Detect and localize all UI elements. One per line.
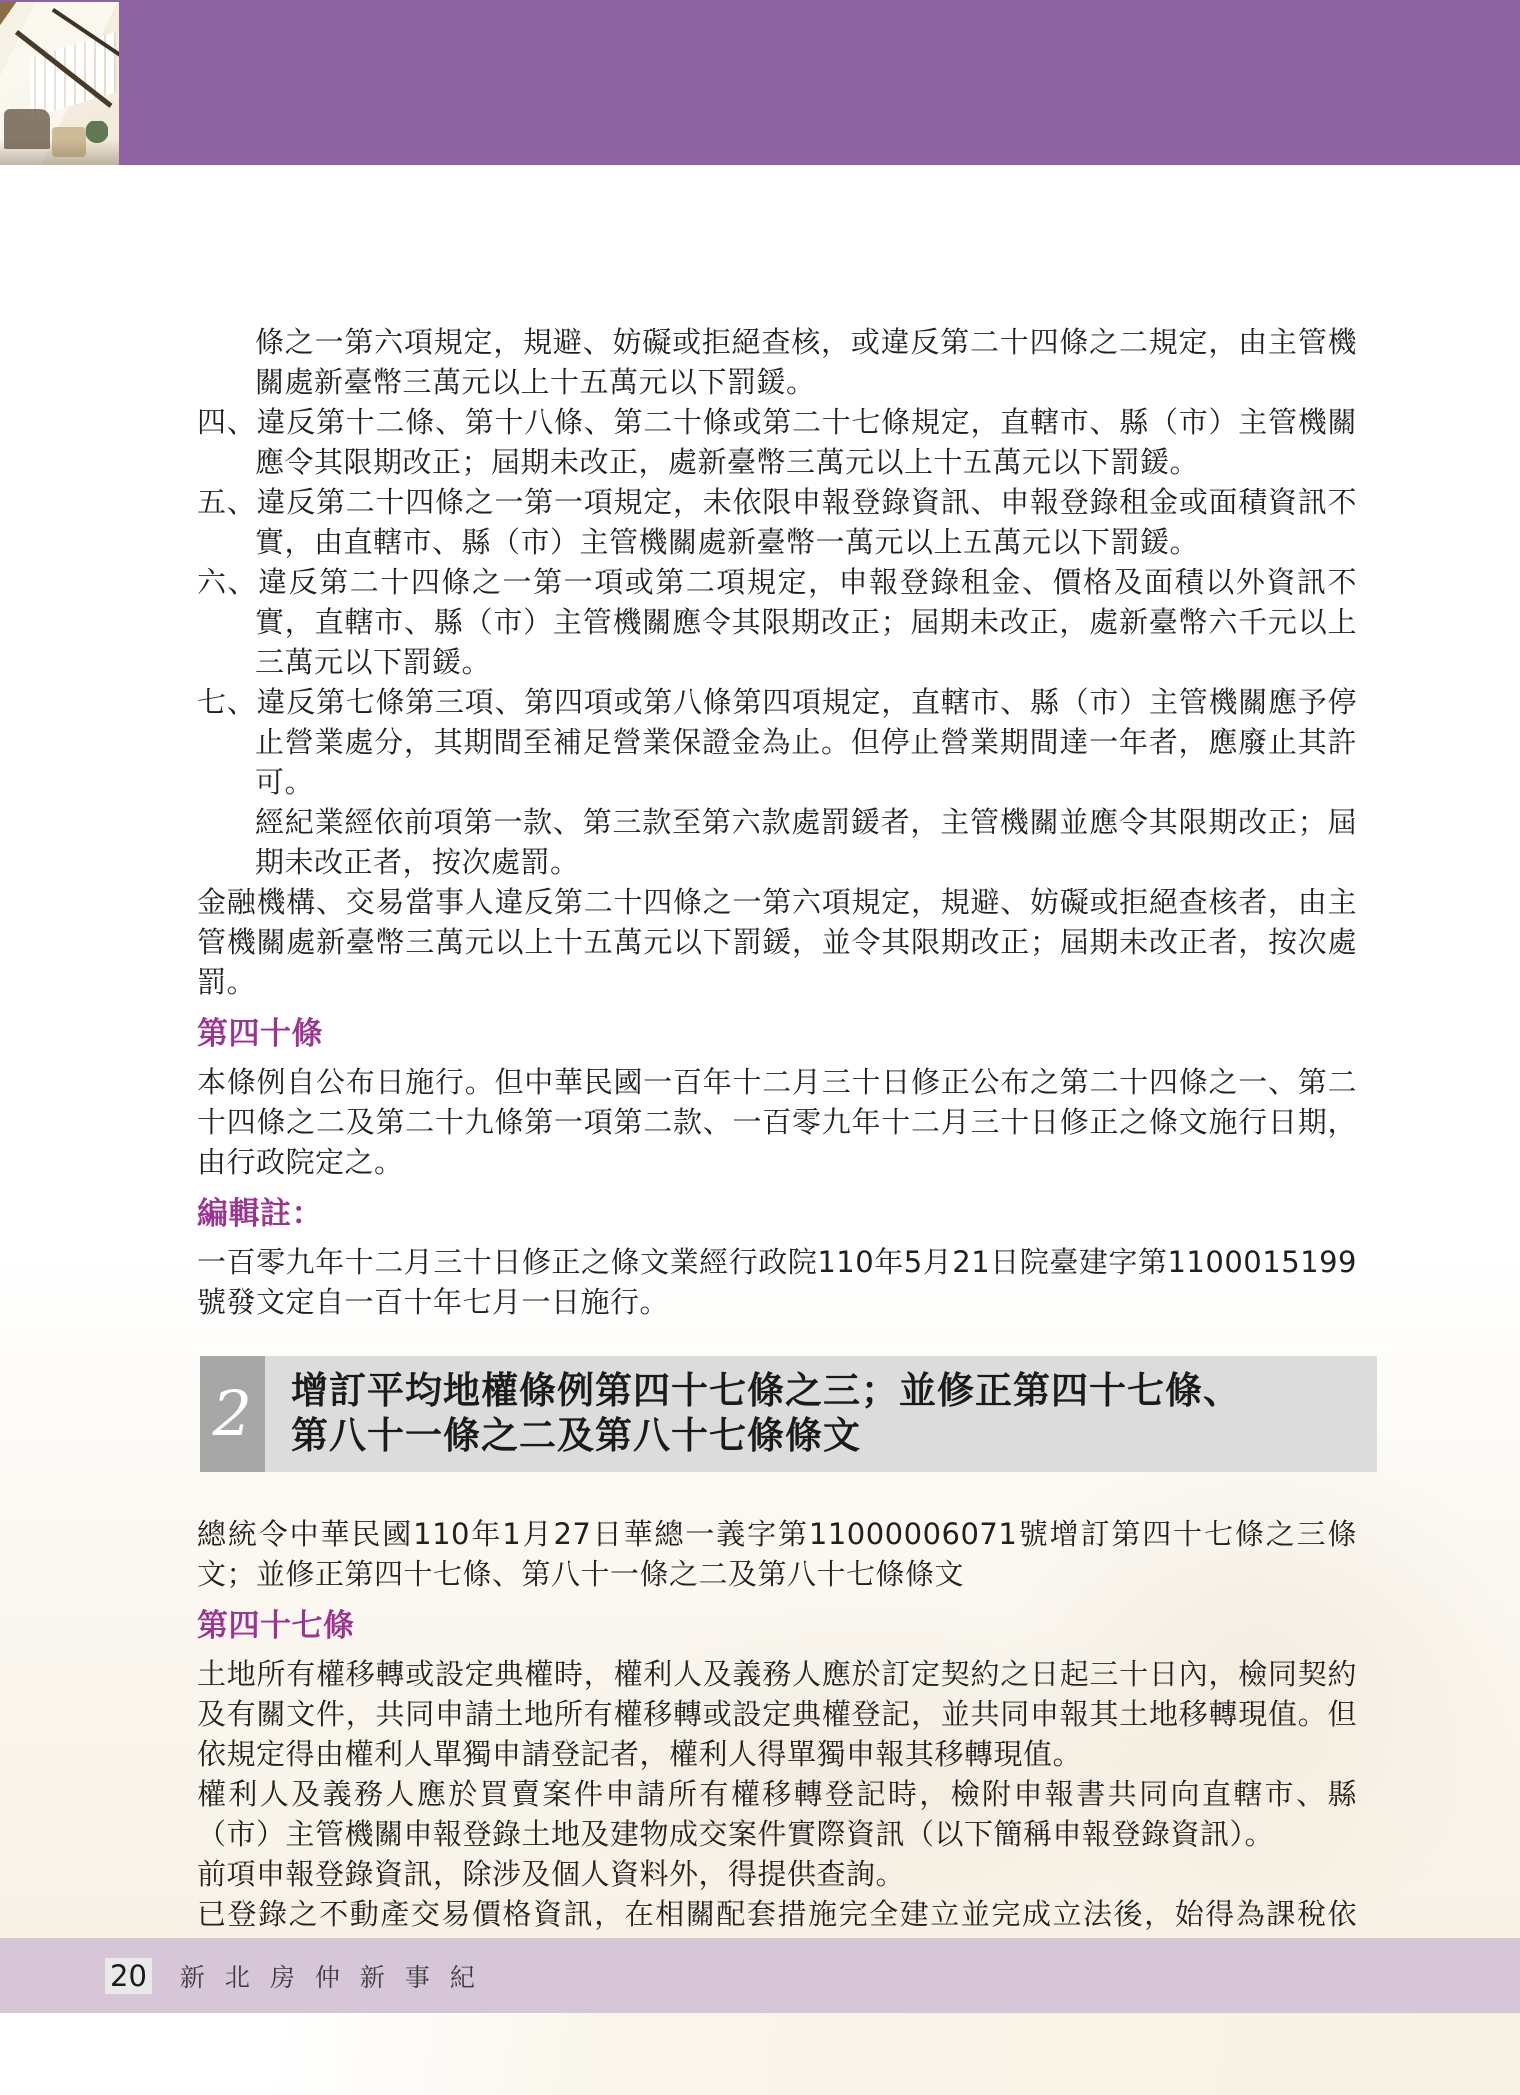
list-item-5-text: 違反第二十四條之一第一項規定，未依限申報登錄資訊、申報登錄租金或面積資訊不實，由… bbox=[255, 485, 1357, 559]
list-item-6: 六、違反第二十四條之一第一項或第二項規定，申報登錄租金、價格及面積以外資訊不實，… bbox=[197, 562, 1357, 682]
section-2-number: 2 bbox=[200, 1356, 265, 1472]
section-2-title-line2: 第八十一條之二及第八十七條條文 bbox=[291, 1414, 861, 1457]
booklet-title: 新北房仲新事紀 bbox=[180, 1958, 495, 1994]
list-item-6-text: 違反第二十四條之一第一項或第二項規定，申報登錄租金、價格及面積以外資訊不實，直轄… bbox=[255, 565, 1357, 679]
footer-band: 20 新北房仲新事紀 bbox=[0, 1938, 1520, 2013]
brokerage-penalty-paragraph: 經紀業經依前項第一款、第三款至第六款處罰鍰者，主管機關並應令其限期改正；屆期未改… bbox=[197, 802, 1357, 882]
continued-clause-3: 條之一第六項規定，規避、妨礙或拒絕查核，或違反第二十四條之二規定，由主管機關處新… bbox=[197, 322, 1357, 402]
list-item-5-marker: 五、 bbox=[197, 485, 257, 519]
financial-institution-paragraph: 金融機構、交易當事人違反第二十四條之一第六項規定，規避、妨礙或拒絕查核者，由主管… bbox=[197, 882, 1357, 1002]
editor-note-text: 一百零九年十二月三十日修正之條文業經行政院110年5月21日院臺建字第11000… bbox=[197, 1242, 1357, 1322]
list-item-7-text: 違反第七條第三項、第四項或第八條第四項規定，直轄市、縣（市）主管機關應予停止營業… bbox=[255, 685, 1357, 799]
list-item-6-marker: 六、 bbox=[197, 565, 258, 599]
article-47-paragraph-1: 土地所有權移轉或設定典權時，權利人及義務人應於訂定契約之日起三十日內，檢同契約及… bbox=[197, 1654, 1357, 1774]
list-item-4: 四、違反第十二條、第十八條、第二十條或第二十七條規定，直轄市、縣（市）主管機關應… bbox=[197, 402, 1357, 482]
document-page: 條之一第六項規定，規避、妨礙或拒絕查核，或違反第二十四條之二規定，由主管機關處新… bbox=[0, 0, 1520, 2095]
section-2-title-line1: 增訂平均地權條例第四十七條之三；並修正第四十七條、 bbox=[291, 1369, 1241, 1412]
section-2-title: 增訂平均地權條例第四十七條之三；並修正第四十七條、第八十一條之二及第八十七條條文 bbox=[265, 1356, 1377, 1472]
article-47-paragraph-2: 權利人及義務人應於買賣案件申請所有權移轉登記時，檢附申報書共同向直轄市、縣（市）… bbox=[197, 1774, 1357, 1854]
interior-staircase-photo bbox=[0, 2, 119, 165]
article-47-heading: 第四十七條 bbox=[197, 1604, 1357, 1648]
editor-note-heading: 編輯註： bbox=[197, 1192, 1357, 1236]
page-content: 條之一第六項規定，規避、妨礙或拒絕查核，或違反第二十四條之二規定，由主管機關處新… bbox=[197, 322, 1357, 1974]
article-40-heading: 第四十條 bbox=[197, 1012, 1357, 1056]
article-47-paragraph-3: 前項申報登錄資訊，除涉及個人資料外，得提供查詢。 bbox=[197, 1854, 1357, 1894]
header-band bbox=[0, 0, 1520, 165]
bottom-margin-area bbox=[0, 2013, 1520, 2095]
list-item-7-marker: 七、 bbox=[197, 685, 257, 719]
section-2-banner: 2 增訂平均地權條例第四十七條之三；並修正第四十七條、第八十一條之二及第八十七條… bbox=[200, 1356, 1377, 1472]
photo-floor-shadow bbox=[0, 139, 119, 165]
presidential-order-paragraph: 總統令中華民國110年1月27日華總一義字第11000006071號增訂第四十七… bbox=[197, 1514, 1357, 1594]
list-item-4-marker: 四、 bbox=[197, 405, 257, 439]
page-number: 20 bbox=[105, 1958, 152, 1994]
article-40-text: 本條例自公布日施行。但中華民國一百年十二月三十日修正公布之第二十四條之一、第二十… bbox=[197, 1062, 1357, 1182]
list-item-4-text: 違反第十二條、第十八條、第二十條或第二十七條規定，直轄市、縣（市）主管機關應令其… bbox=[255, 405, 1357, 479]
list-item-7: 七、違反第七條第三項、第四項或第八條第四項規定，直轄市、縣（市）主管機關應予停止… bbox=[197, 682, 1357, 802]
list-item-5: 五、違反第二十四條之一第一項規定，未依限申報登錄資訊、申報登錄租金或面積資訊不實… bbox=[197, 482, 1357, 562]
